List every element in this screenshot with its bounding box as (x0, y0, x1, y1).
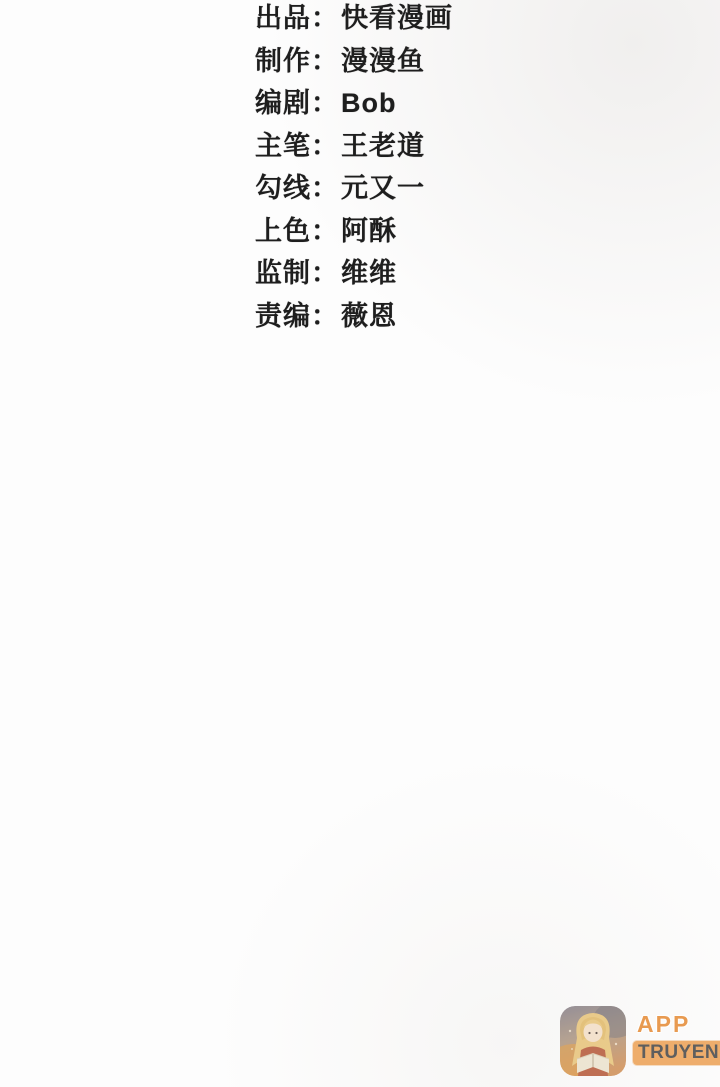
watermark-text-column: APP TRUYEN (633, 1006, 720, 1065)
credit-line-lead-artist: 主笔：王老道 (255, 125, 453, 168)
credit-line-coloring: 上色：阿酥 (255, 210, 453, 253)
credit-label: 编剧： (255, 88, 339, 118)
credit-value: 薇恩 (341, 301, 397, 331)
credit-value: 快看漫画 (341, 3, 453, 33)
credit-label: 勾线： (255, 173, 339, 203)
reading-girl-icon-graphic (560, 1006, 626, 1076)
watermark-app-label: APP (637, 1013, 690, 1036)
watermark-truyen-badge: TRUYEN (633, 1041, 720, 1065)
credit-line-editor: 责编：薇恩 (255, 295, 453, 338)
credit-line-lineart: 勾线：元又一 (255, 167, 453, 210)
credit-line-supervisor: 监制：维维 (255, 252, 453, 295)
credit-label: 上色： (255, 216, 339, 246)
credit-line-producer: 出品：快看漫画 (255, 0, 453, 40)
credit-line-production: 制作：漫漫鱼 (255, 40, 453, 83)
credit-label: 监制： (255, 258, 339, 288)
credit-label: 主笔： (255, 131, 339, 161)
credit-line-writer: 编剧：Bob (255, 82, 453, 125)
comic-credits-page: 出品：快看漫画 制作：漫漫鱼 编剧：Bob 主笔：王老道 勾线：元又一 上色：阿… (0, 0, 720, 1087)
credit-value: 阿酥 (341, 216, 397, 246)
credit-label: 制作： (255, 46, 339, 76)
reading-girl-app-icon (560, 1006, 626, 1076)
credit-value: 漫漫鱼 (341, 46, 425, 76)
credit-value: 王老道 (341, 131, 425, 161)
credit-label: 出品： (255, 3, 339, 33)
credit-value: 维维 (341, 258, 397, 288)
credit-value: 元又一 (341, 173, 425, 203)
app-truyen-watermark: APP TRUYEN (560, 1006, 720, 1076)
credit-value: Bob (341, 88, 396, 118)
credits-block: 出品：快看漫画 制作：漫漫鱼 编剧：Bob 主笔：王老道 勾线：元又一 上色：阿… (255, 0, 453, 337)
credit-label: 责编： (255, 301, 339, 331)
